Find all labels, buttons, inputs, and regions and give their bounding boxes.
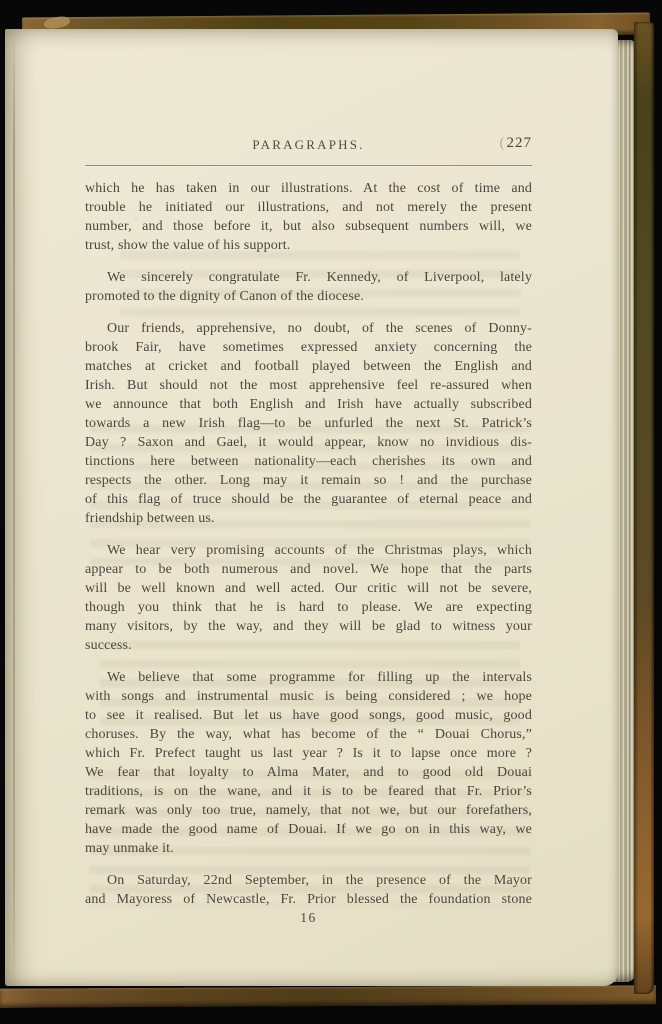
printed-text-block: PARAGRAPHS. (227 which he has taken in o… bbox=[85, 137, 532, 926]
text-line: may unmake it. bbox=[85, 839, 532, 858]
text-line: brook Fair, have sometimes expressed anx… bbox=[85, 338, 532, 357]
book-page: PARAGRAPHS. (227 which he has taken in o… bbox=[5, 29, 618, 986]
text-line: We sincerely congratulate Fr. Kennedy, o… bbox=[85, 268, 532, 287]
text-line: We fear that loyalty to Alma Mater, and … bbox=[85, 763, 532, 782]
text-line: success. bbox=[85, 636, 532, 655]
paragraph: Our friends, apprehensive, no doubt, of … bbox=[85, 319, 532, 528]
paragraph: We sincerely congratulate Fr. Kennedy, o… bbox=[85, 268, 532, 306]
text-line: of this flag of truce should be the guar… bbox=[85, 490, 532, 509]
ink-mark: ( bbox=[500, 135, 506, 151]
book-cover-bottom-edge bbox=[0, 985, 656, 1007]
text-line: and Mayoress of Newcastle, Fr. Prior ble… bbox=[85, 890, 532, 909]
text-line: will be well known and well acted. Our c… bbox=[85, 579, 532, 598]
paragraph: We believe that some programme for filli… bbox=[85, 668, 532, 858]
text-line: which Fr. Prefect taught us last year ? … bbox=[85, 744, 532, 763]
text-line: appear to be both numerous and novel. We… bbox=[85, 560, 532, 579]
text-line: with songs and instrumental music is bei… bbox=[85, 687, 532, 706]
text-line: which he has taken in our illustrations.… bbox=[85, 179, 532, 198]
text-line: friendship between us. bbox=[85, 509, 532, 528]
running-head: PARAGRAPHS. (227 bbox=[85, 137, 532, 157]
text-line: remark was only too true, namely, that n… bbox=[85, 801, 532, 820]
paragraph: On Saturday, 22nd September, in the pres… bbox=[85, 871, 532, 909]
text-line: choruses. By the way, what has become of… bbox=[85, 725, 532, 744]
text-line: promoted to the dignity of Canon of the … bbox=[85, 287, 532, 306]
paragraph: We hear very promising accounts of the C… bbox=[85, 541, 532, 655]
text-line: we announce that both English and Irish … bbox=[85, 395, 532, 414]
paragraph: which he has taken in our illustrations.… bbox=[85, 179, 532, 255]
text-line: number, and those before it, but also su… bbox=[85, 217, 532, 236]
text-line: many visitors, by the way, and they will… bbox=[85, 617, 532, 636]
page-number-value: 227 bbox=[507, 135, 533, 151]
text-line: Day ? Saxon and Gael, it would appear, k… bbox=[85, 433, 532, 452]
text-line: On Saturday, 22nd September, in the pres… bbox=[85, 871, 532, 890]
paragraph-container: which he has taken in our illustrations.… bbox=[85, 179, 532, 909]
text-line: towards a new Irish flag—to be unfurled … bbox=[85, 414, 532, 433]
text-line: trust, show the value of his support. bbox=[85, 236, 532, 255]
text-line: traditions, is on the wane, and it is to… bbox=[85, 782, 532, 801]
text-line: respects the other. Long may it remain s… bbox=[85, 471, 532, 490]
header-rule bbox=[85, 165, 532, 166]
text-line: Irish. But should not the most apprehens… bbox=[85, 376, 532, 395]
signature-mark: 16 bbox=[85, 910, 532, 926]
text-line: We hear very promising accounts of the C… bbox=[85, 541, 532, 560]
book-photograph: PARAGRAPHS. (227 which he has taken in o… bbox=[0, 0, 662, 1024]
book-cover-right-edge bbox=[634, 22, 654, 994]
page-number: (227 bbox=[500, 135, 533, 152]
text-line: Our friends, apprehensive, no doubt, of … bbox=[85, 319, 532, 338]
text-line: to see it realised. But let us have good… bbox=[85, 706, 532, 725]
text-line: though you think that he is hard to plea… bbox=[85, 598, 532, 617]
text-line: have made the good name of Douai. If we … bbox=[85, 820, 532, 839]
text-line: matches at cricket and football played b… bbox=[85, 357, 532, 376]
text-line: tinctions here between nationality—each … bbox=[85, 452, 532, 471]
text-line: trouble he initiated our illustrations, … bbox=[85, 198, 532, 217]
text-line: We believe that some programme for filli… bbox=[85, 668, 532, 687]
running-title: PARAGRAPHS. bbox=[85, 137, 532, 153]
gutter-crease bbox=[13, 29, 15, 986]
